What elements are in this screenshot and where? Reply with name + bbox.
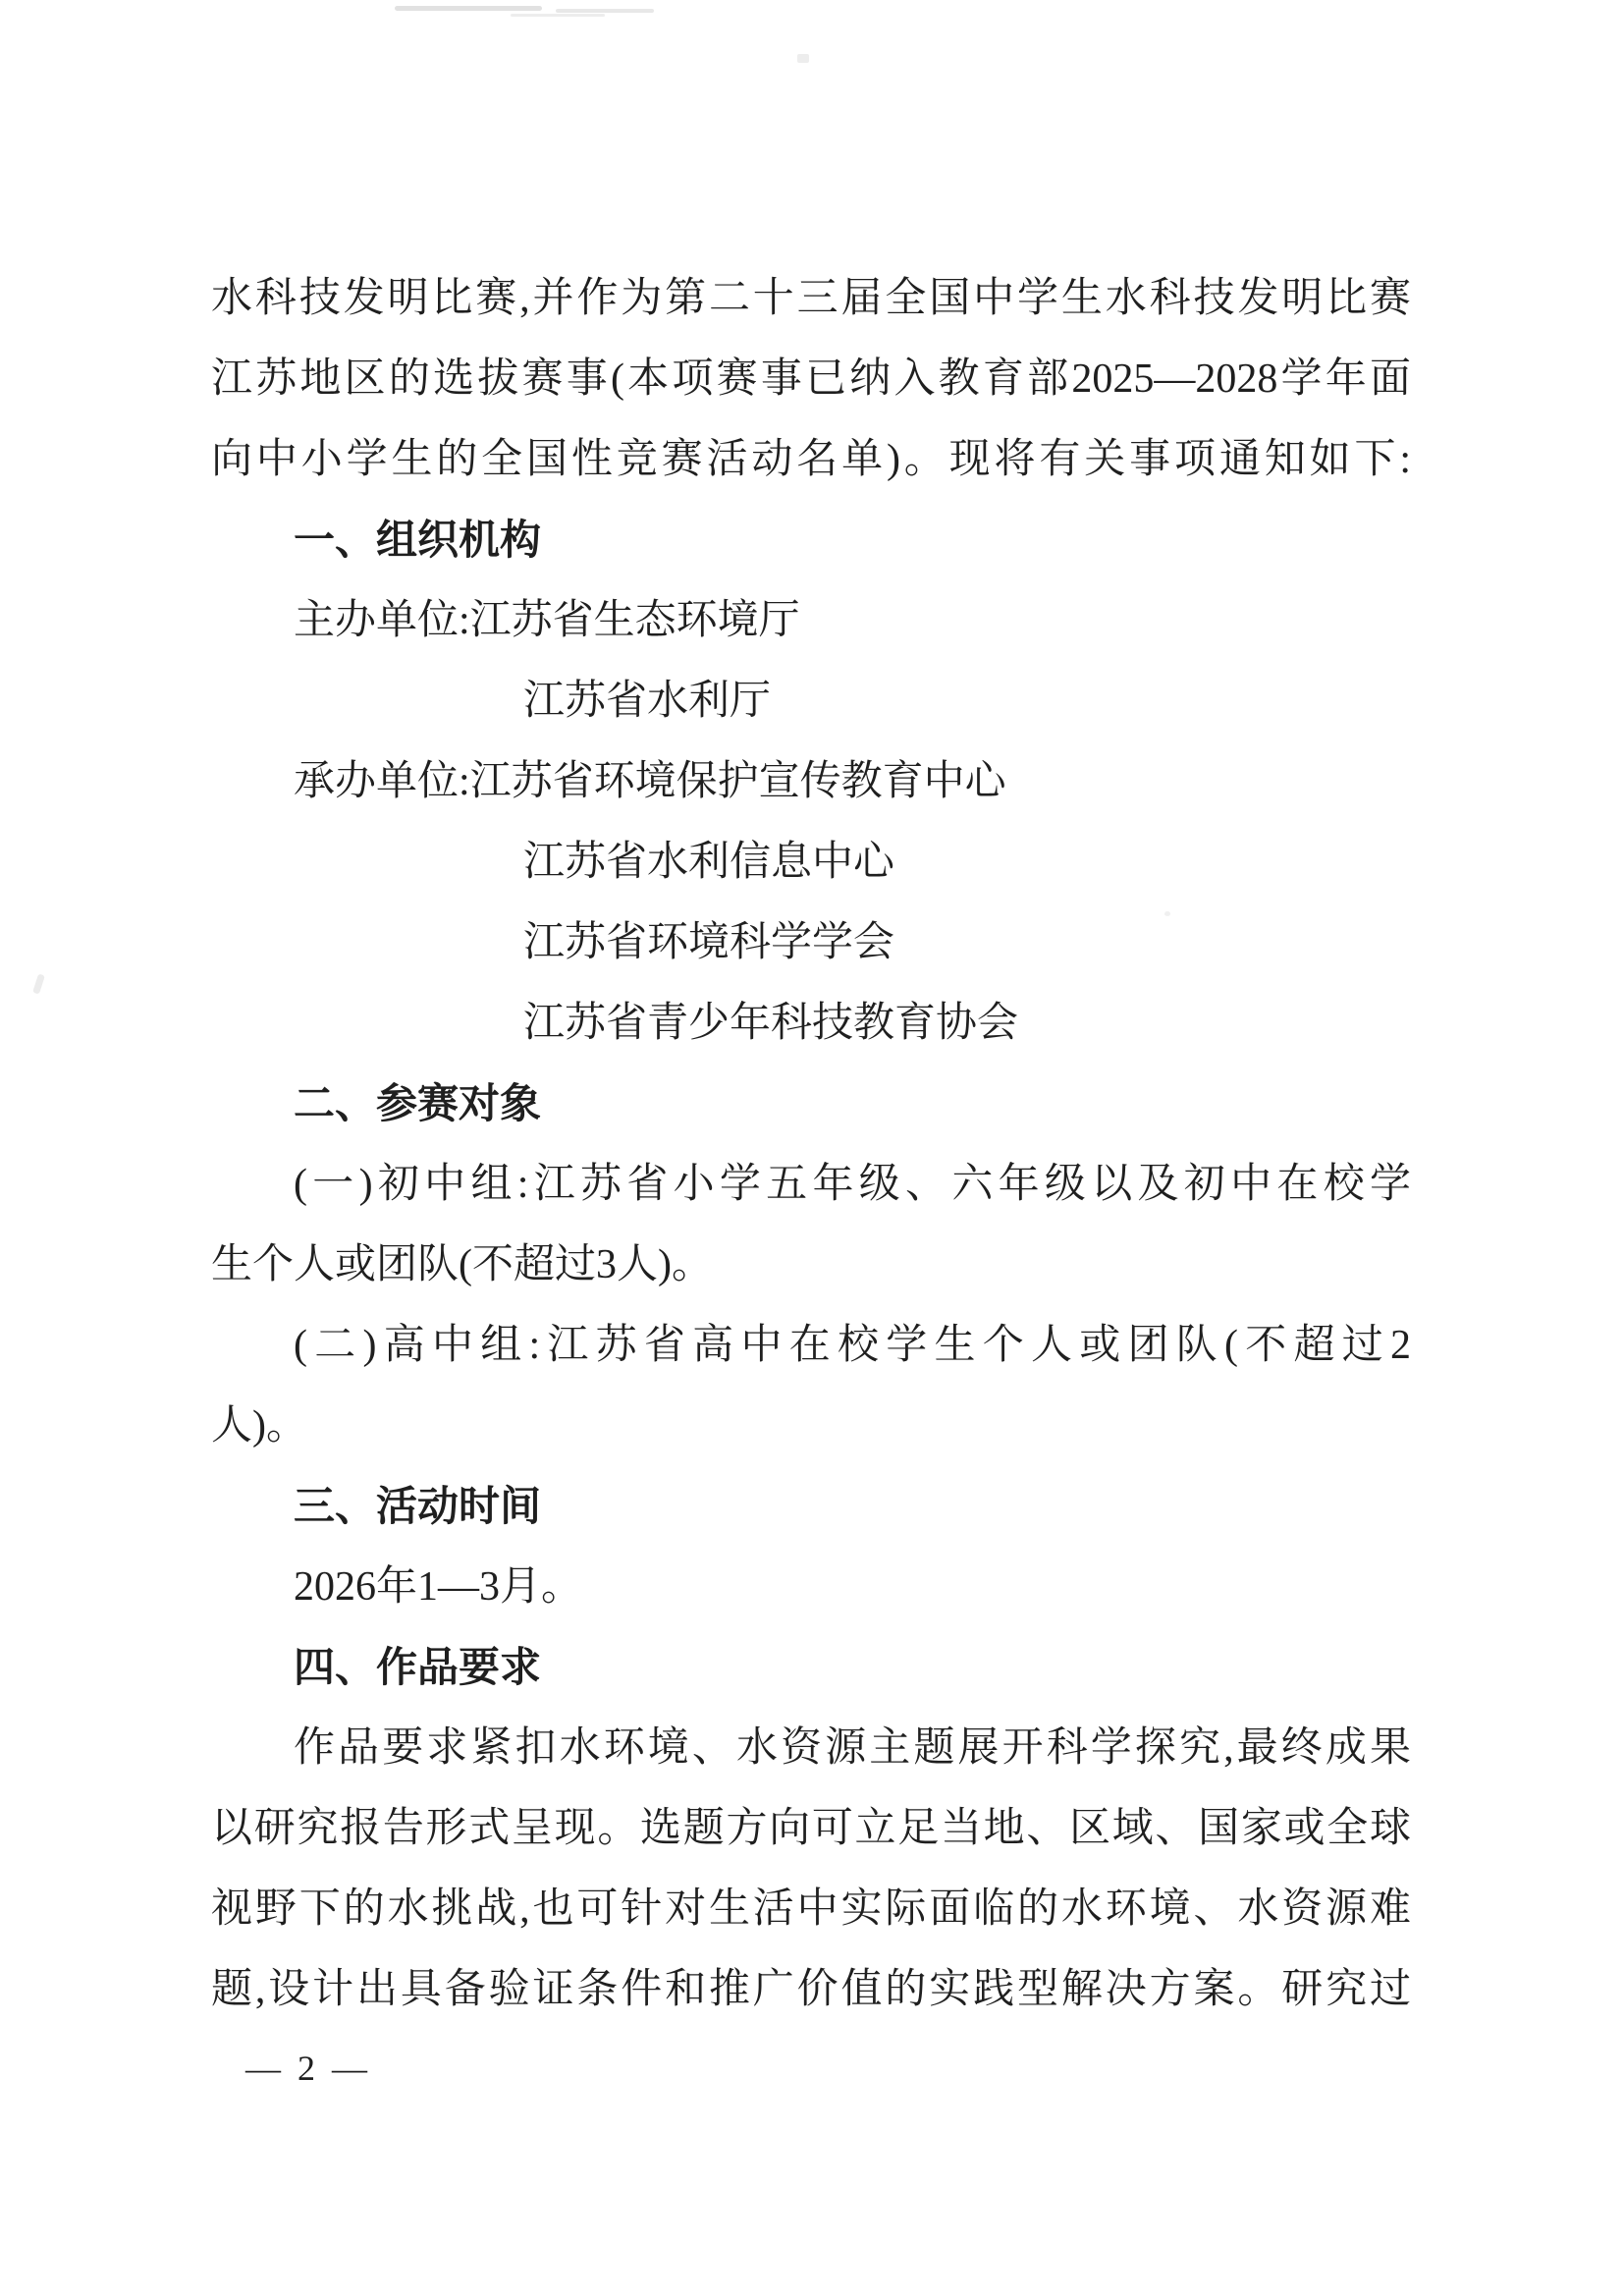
paragraph-line: 作品要求紧扣水环境、水资源主题展开科学探究,最终成果 — [211, 1708, 1411, 1788]
section-heading-organization: 一、组织机构 — [211, 500, 1411, 580]
organizer-undertaker-line: 承办单位:江苏省环境保护宣传教育中心 — [211, 741, 1411, 822]
section-heading-participants: 二、参赛对象 — [211, 1064, 1411, 1144]
scan-artifact — [32, 973, 45, 994]
paragraph-line: 视野下的水挑战,也可针对生活中实际面临的水环境、水资源难 — [211, 1869, 1411, 1949]
paragraph-line: 水科技发明比赛,并作为第二十三届全国中学生水科技发明比赛 — [211, 258, 1411, 339]
scan-artifact — [511, 14, 605, 17]
paragraph-line: 江苏地区的选拔赛事(本项赛事已纳入教育部2025—2028学年面 — [211, 339, 1411, 419]
section-heading-requirements: 四、作品要求 — [211, 1627, 1411, 1708]
organizer-undertaker-line: 江苏省水利信息中心 — [211, 822, 1411, 902]
organizer-host-line: 主办单位:江苏省生态环境厅 — [211, 580, 1411, 661]
organizer-undertaker-line: 江苏省环境科学学会 — [211, 902, 1411, 983]
scan-artifact — [395, 6, 542, 11]
paragraph-line: 向中小学生的全国性竞赛活动名单)。现将有关事项通知如下: — [211, 419, 1411, 500]
document-body: 水科技发明比赛,并作为第二十三届全国中学生水科技发明比赛 江苏地区的选拔赛事(本… — [211, 258, 1411, 2030]
page: 水科技发明比赛,并作为第二十三届全国中学生水科技发明比赛 江苏地区的选拔赛事(本… — [0, 0, 1623, 2296]
scan-artifact — [556, 9, 654, 13]
paragraph-line: 题,设计出具备验证条件和推广价值的实践型解决方案。研究过 — [211, 1949, 1411, 2030]
organizer-host-line: 江苏省水利厅 — [211, 661, 1411, 741]
section-heading-schedule: 三、活动时间 — [211, 1466, 1411, 1547]
paragraph-line: (一)初中组:江苏省小学五年级、六年级以及初中在校学 — [211, 1144, 1411, 1225]
schedule-line: 2026年1—3月。 — [211, 1547, 1411, 1627]
page-number: — 2 — — [245, 2049, 371, 2088]
organizer-undertaker-line: 江苏省青少年科技教育协会 — [211, 983, 1411, 1064]
paragraph-line: 生个人或团队(不超过3人)。 — [211, 1225, 1411, 1305]
paragraph-line: 人)。 — [211, 1386, 1411, 1466]
paragraph-line: 以研究报告形式呈现。选题方向可立足当地、区域、国家或全球 — [211, 1788, 1411, 1869]
paragraph-line: (二)高中组:江苏省高中在校学生个人或团队(不超过2 — [211, 1305, 1411, 1386]
scan-artifact — [797, 54, 809, 63]
